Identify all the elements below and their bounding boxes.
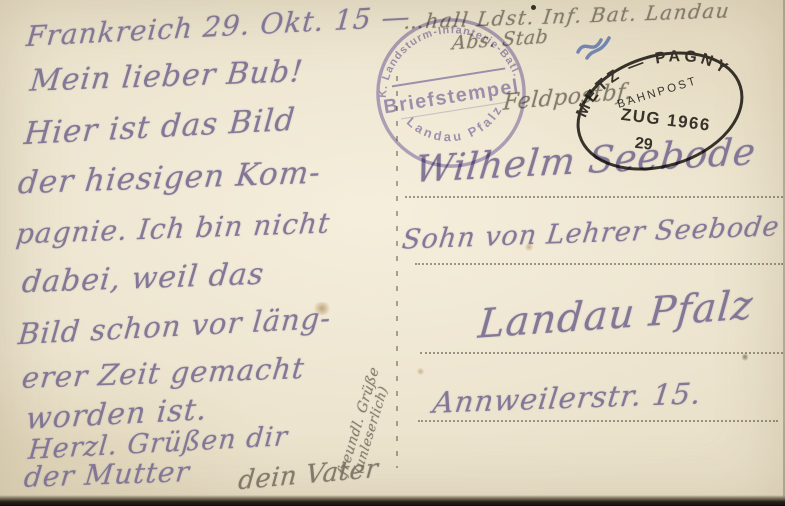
message-line: Mein lieber Bub! bbox=[28, 56, 305, 97]
address-rule bbox=[405, 196, 783, 198]
stain bbox=[312, 302, 332, 315]
address-rule bbox=[420, 352, 783, 354]
message-line: pagnie. Ich bin nicht bbox=[15, 208, 332, 248]
postmark-day: 29 bbox=[634, 135, 654, 154]
message-line: der Mutter bbox=[22, 457, 191, 492]
message-line: erer Zeit gemacht bbox=[20, 353, 306, 393]
postcard-scan: Frankreich 29. Okt. 15 — Mein lieber Bub… bbox=[0, 0, 785, 506]
address-rule bbox=[418, 420, 778, 422]
stain bbox=[742, 352, 748, 362]
address-street: Annweilerstr. 15. bbox=[431, 378, 703, 418]
message-line: der hiesigen Kom- bbox=[16, 157, 322, 200]
address-rule bbox=[415, 263, 783, 265]
postmark-zug: ZUG 1966 bbox=[620, 105, 712, 135]
message-line: Frankreich 29. Okt. 15 — bbox=[25, 2, 412, 52]
stain bbox=[416, 368, 425, 375]
scan-edge-bottom bbox=[0, 495, 785, 506]
stain bbox=[531, 5, 536, 10]
blue-crayon-mark bbox=[575, 30, 621, 64]
stain bbox=[524, 243, 534, 251]
unit-stamp: K. Landsturm-Infanterie-Batl. Briefstemp… bbox=[361, 3, 542, 184]
message-line: dabei, weil das bbox=[20, 259, 266, 299]
side-note: freundl. Grüße (unleserlich) bbox=[336, 365, 395, 483]
message-line: Bild schon vor läng- bbox=[17, 303, 333, 350]
address-city: Landau Pfalz bbox=[476, 284, 755, 346]
message-line: Hier ist das Bild bbox=[23, 104, 297, 151]
address-line2: Sohn von Lehrer Seebode bbox=[400, 213, 781, 255]
